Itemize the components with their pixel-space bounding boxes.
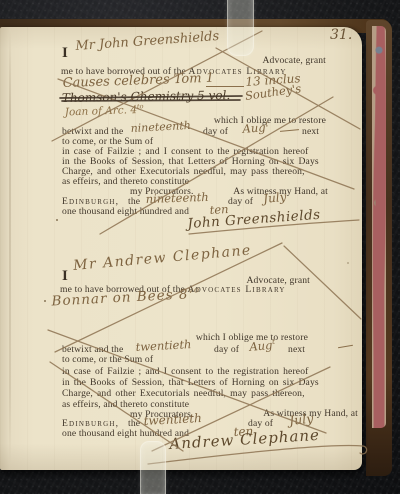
form2-next: next: [288, 344, 305, 355]
form1-dayof-1: day of: [203, 126, 228, 137]
form1-book1-dash: [206, 86, 244, 87]
form2-dayof-1: day of: [214, 344, 239, 355]
form2-session: in the Books of Session, that Letters of…: [62, 377, 319, 388]
form1-dayof-2: day of: [228, 196, 253, 207]
photographed-ledger-page: 31. I Mr John Greenshields Advocate, gra…: [0, 0, 400, 494]
form1-signed-month: July: [263, 190, 287, 206]
form2-return-day: twentieth: [135, 337, 191, 354]
form1-year-prefix: one thousand eight hundred and: [62, 206, 189, 217]
form1-book3-format: to: [137, 102, 144, 110]
form2-book1-format: vo: [188, 284, 200, 295]
form2-failzie: in case of Failzie ; and I consent to th…: [62, 366, 309, 377]
form1-initial-I: I: [62, 45, 68, 62]
form2-initial-I: I: [62, 268, 68, 285]
page-strap-bottom: [140, 441, 166, 494]
form2-tocome: to come, or the Sum of: [62, 354, 153, 365]
ink-speck: [44, 300, 46, 302]
form2-return-month-sup: t: [272, 337, 276, 346]
form1-return-month-sup: t: [265, 119, 268, 128]
form1-book3-title: Joan of Arc. 4to: [65, 102, 144, 118]
form1-next: next: [302, 126, 319, 137]
page-crease: [9, 30, 11, 466]
page-number: 31.: [330, 27, 352, 43]
form1-return-month: Augt: [242, 119, 269, 136]
form2-library-name: Advocates Library: [187, 284, 285, 295]
form1-book3-text: Joan of Arc. 4: [65, 104, 138, 119]
form1-signed-day: nineteenth: [146, 190, 209, 206]
form1-advocate-grant: Advocate, grant: [200, 55, 326, 66]
form2-charge: Charge, and other Executorials needful, …: [62, 388, 305, 399]
page-strap-top: [227, 0, 254, 56]
ink-speck: [56, 219, 58, 221]
form2-return-month: Augt: [249, 337, 276, 354]
form1-book2-struck: Thomson's Chemistry 5 vol.: [62, 88, 231, 105]
ink-speck: [347, 262, 349, 264]
marbled-endpaper-edge: [372, 26, 386, 428]
form1-return-month-text: Aug: [242, 120, 266, 136]
form2-return-month-text: Aug: [249, 338, 273, 354]
